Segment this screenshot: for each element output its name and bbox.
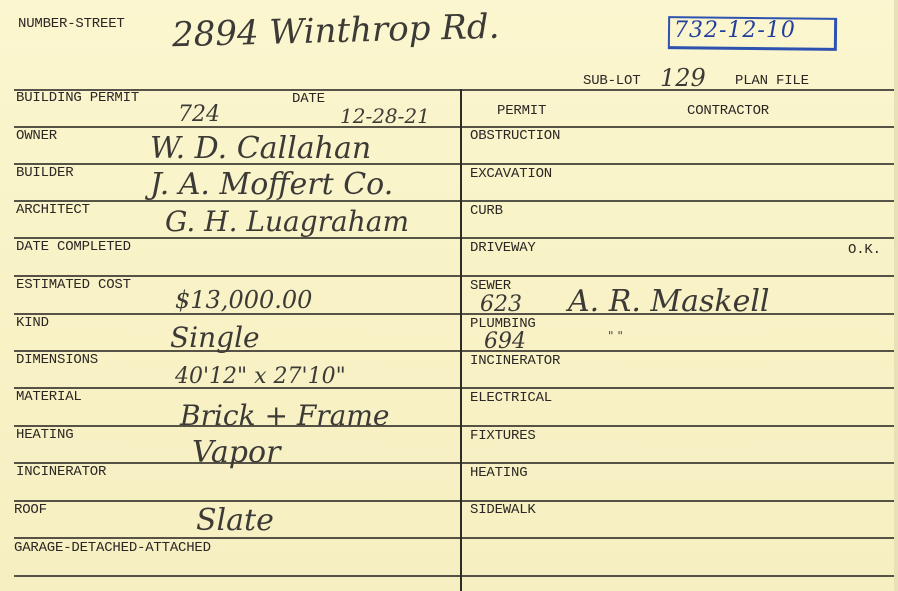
sub-lot-value: 129 xyxy=(660,66,706,90)
rule-line xyxy=(14,163,894,165)
date-value: 12-28-21 xyxy=(340,106,430,126)
building-permit-value: 724 xyxy=(178,104,220,126)
rule-line xyxy=(14,126,894,128)
owner-label: OWNER xyxy=(16,128,57,144)
rule-line xyxy=(14,275,894,277)
estimated-cost-value: $13,000.00 xyxy=(175,288,312,312)
heating-permit-label: HEATING xyxy=(470,465,527,481)
curb-label: CURB xyxy=(470,203,503,219)
electrical-label: ELECTRICAL xyxy=(470,390,552,406)
architect-label: ARCHITECT xyxy=(16,202,90,218)
builder-label: BUILDER xyxy=(16,165,73,181)
driveway-label: DRIVEWAY xyxy=(470,240,536,256)
estimated-cost-label: ESTIMATED COST xyxy=(16,277,131,293)
kind-label: KIND xyxy=(16,315,49,331)
owner-value: W. D. Callahan xyxy=(150,134,371,164)
sewer-contractor-value: A. R. Maskell xyxy=(568,287,770,317)
permit-card: NUMBER-STREET 2894 Winthrop Rd. 732-12-1… xyxy=(0,0,898,591)
rule-line xyxy=(14,89,894,91)
column-divider xyxy=(460,89,462,591)
roof-label: ROOF xyxy=(14,502,47,518)
excavation-label: EXCAVATION xyxy=(470,166,552,182)
heating-label: HEATING xyxy=(16,427,73,443)
rule-line xyxy=(14,350,894,352)
plumbing-permit-value: 694 xyxy=(484,331,526,353)
rule-line xyxy=(14,237,894,239)
fixtures-label: FIXTURES xyxy=(470,428,536,444)
building-permit-label: BUILDING PERMIT xyxy=(16,90,139,106)
plumbing-contractor-value: " " xyxy=(608,330,623,342)
rule-line xyxy=(14,462,894,464)
sewer-permit-value: 623 xyxy=(480,294,522,316)
date-label: DATE xyxy=(292,91,325,107)
card-edge xyxy=(894,0,898,591)
rule-line xyxy=(14,500,894,502)
incinerator-permit-label: INCINERATOR xyxy=(470,353,560,369)
obstruction-label: OBSTRUCTION xyxy=(470,128,560,144)
builder-value: J. A. Moffert Co. xyxy=(150,170,393,200)
garage-label: GARAGE-DETACHED-ATTACHED xyxy=(14,540,211,556)
number-street-label: NUMBER-STREET xyxy=(18,16,125,32)
date-completed-label: DATE COMPLETED xyxy=(16,239,131,255)
file-number-stamp-text: 732-12-10 xyxy=(674,18,796,43)
incinerator-label: INCINERATOR xyxy=(16,464,106,480)
plan-file-label: PLAN FILE xyxy=(735,73,809,89)
sidewalk-label: SIDEWALK xyxy=(470,502,536,518)
dimensions-value: 40'12" x 27'10" xyxy=(175,366,346,388)
number-street-value: 2894 Winthrop Rd. xyxy=(172,10,500,53)
heating-value: Vapor xyxy=(192,438,280,468)
dimensions-label: DIMENSIONS xyxy=(16,352,98,368)
contractor-column-header: CONTRACTOR xyxy=(687,103,769,119)
rule-line xyxy=(14,387,894,389)
roof-value: Slate xyxy=(196,506,274,536)
material-value: Brick + Frame xyxy=(180,402,389,430)
rule-line xyxy=(14,425,894,427)
driveway-note: O.K. xyxy=(848,242,881,258)
rule-line xyxy=(14,537,894,539)
material-label: MATERIAL xyxy=(16,389,82,405)
rule-line xyxy=(14,575,894,577)
permit-column-header: PERMIT xyxy=(497,103,546,119)
architect-value: G. H. Luagraham xyxy=(165,208,409,236)
kind-value: Single xyxy=(170,324,260,352)
sub-lot-label: SUB-LOT xyxy=(583,73,640,89)
rule-line xyxy=(14,200,894,202)
